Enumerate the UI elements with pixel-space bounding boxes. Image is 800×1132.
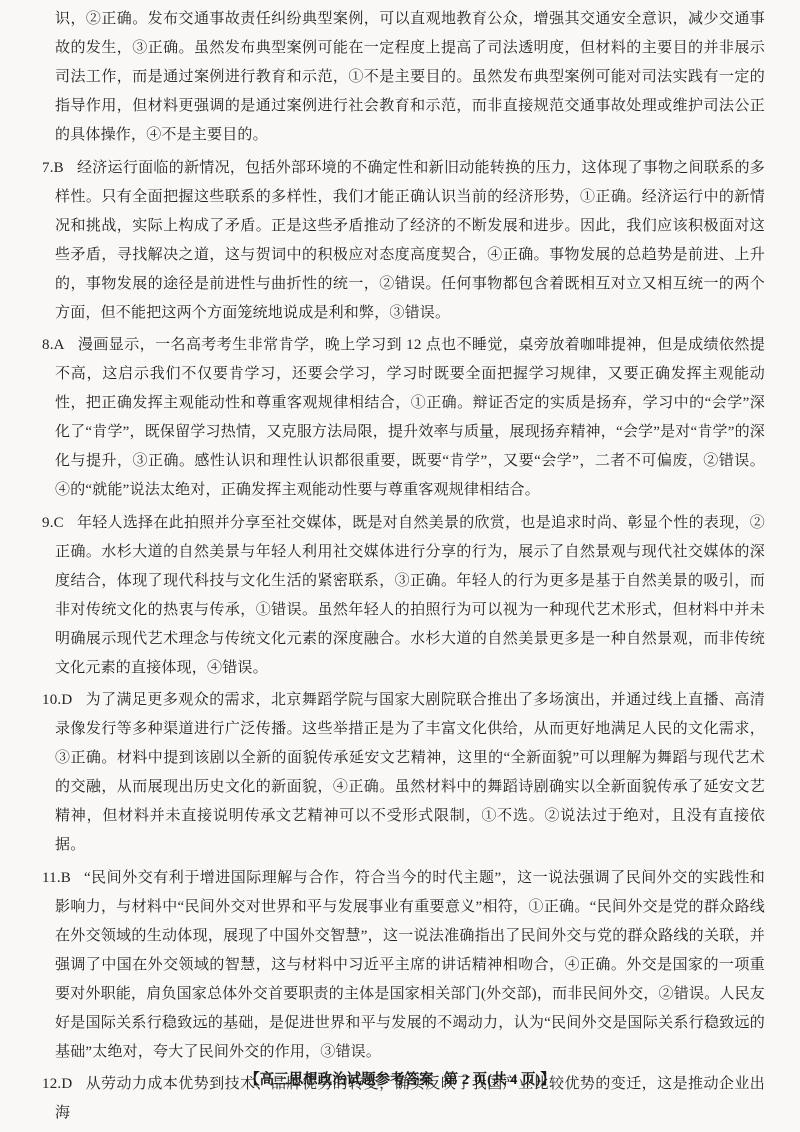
answer-item-7: 7.B经济运行面临的新情况，包括外部环境的不确定性和新旧动能转换的压力，这体现了…	[42, 154, 765, 328]
answer-item-9: 9.C年轻人选择在此拍照并分享至社交媒体，既是对自然美景的欣赏，也是追求时尚、彰…	[42, 509, 765, 683]
answer-9-label: 9.C	[42, 515, 64, 531]
answer-7-text: 经济运行面临的新情况，包括外部环境的不确定性和新旧动能转换的压力，这体现了事物之…	[55, 160, 765, 321]
answer-item-11: 11.B“民间外交有利于增进国际理解与合作，符合当今的时代主题”，这一说法强调了…	[42, 864, 765, 1067]
answer-8-text: 漫画显示，一名高考考生非常肯学，晚上学习到 12 点也不睡觉，桌旁放着咖啡提神，…	[55, 337, 765, 498]
answers-content: 识，②正确。发布交通事故责任纠纷典型案例，可以直观地教育公众，增强其交通安全意识…	[42, 5, 765, 1132]
answer-11-text: “民间外交有利于增进国际理解与合作，符合当今的时代主题”，这一说法强调了民间外交…	[55, 870, 765, 1060]
answer-11-label: 11.B	[42, 870, 71, 886]
footer-page-number: 第 2 页(共 4 页)】	[444, 1072, 555, 1088]
answer-10-text: 为了满足更多观众的需求，北京舞蹈学院与国家大剧院联合推出了多场演出，并通过线上直…	[55, 692, 765, 853]
answer-7-label: 7.B	[42, 160, 64, 176]
answer-item-8: 8.A漫画显示，一名高考考生非常肯学，晚上学习到 12 点也不睡觉，桌旁放着咖啡…	[42, 331, 765, 505]
answer-9-text: 年轻人选择在此拍照并分享至社交媒体，既是对自然美景的欣赏，也是追求时尚、彰显个性…	[55, 515, 765, 676]
answer-item-10: 10.D为了满足更多观众的需求，北京舞蹈学院与国家大剧院联合推出了多场演出，并通…	[42, 686, 765, 860]
exam-answer-key-page: 识，②正确。发布交通事故责任纠纷典型案例，可以直观地教育公众，增强其交通安全意识…	[0, 0, 800, 1132]
answer-10-label: 10.D	[42, 692, 72, 708]
footer-document-title: 【高三思想政治试题参考答案	[245, 1072, 434, 1088]
answer-8-label: 8.A	[42, 337, 65, 353]
page-footer: 【高三思想政治试题参考答案第 2 页(共 4 页)】	[0, 1066, 800, 1095]
answer-6-continuation-text: 识，②正确。发布交通事故责任纠纷典型案例，可以直观地教育公众，增强其交通安全意识…	[55, 11, 765, 143]
answer-6-continuation-paragraph: 识，②正确。发布交通事故责任纠纷典型案例，可以直观地教育公众，增强其交通安全意识…	[42, 5, 765, 150]
